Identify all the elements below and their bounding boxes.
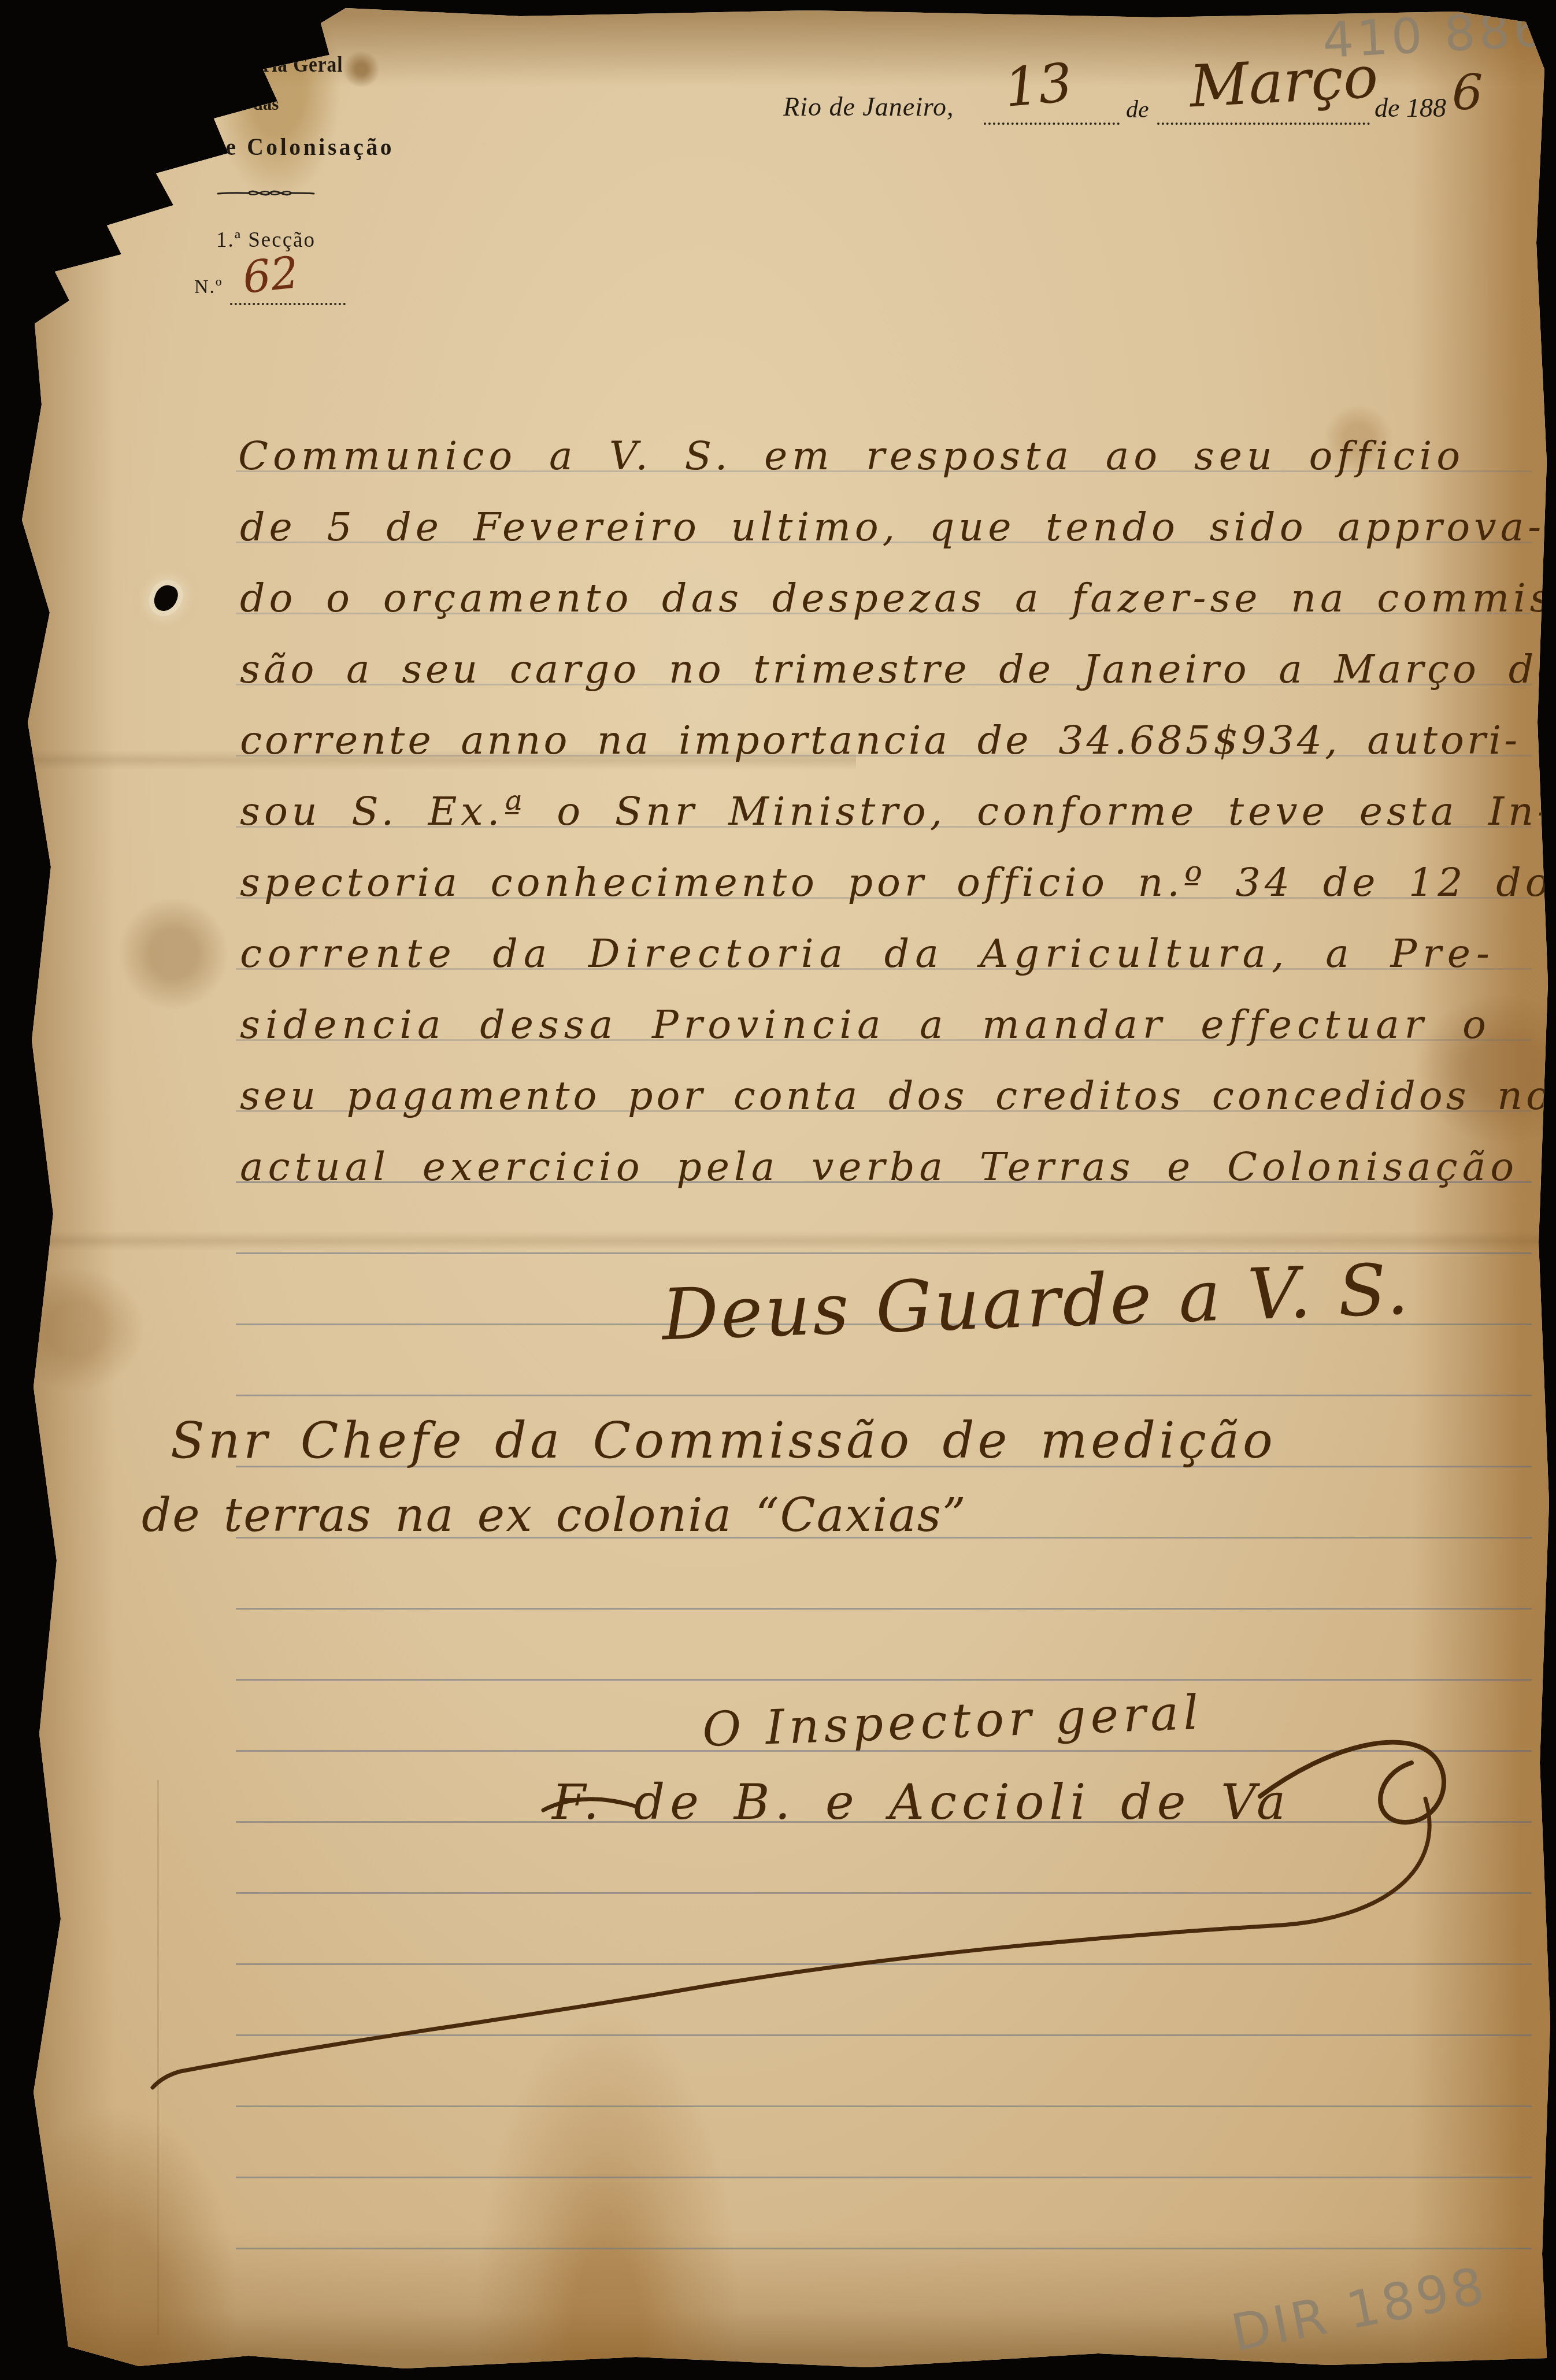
document-page: Inspectoria Geral das Terras e Colonisaç…: [0, 0, 1556, 2380]
manuscript-line: sou S. Ex.ª o Snr Ministro, conforme tev…: [240, 792, 1555, 832]
signature-flourish: [145, 1676, 1503, 2115]
dateline-year-digit-handwritten: 6: [1452, 68, 1483, 117]
dateline-particle: de: [1126, 96, 1149, 124]
dateline-day-handwritten: 13: [1002, 56, 1075, 115]
letterhead-number-label: N.º: [194, 276, 223, 298]
document-number-handwritten: 62: [240, 250, 301, 300]
manuscript-line: seu pagamento por conta dos creditos con…: [240, 1077, 1553, 1116]
archival-number-pencil: 410 886: [1321, 5, 1548, 65]
manuscript-line: corrente da Directoria da Agricultura, a…: [240, 935, 1495, 974]
manuscript-line: de 5 de Fevereiro ultimo, que tendo sido…: [240, 508, 1545, 547]
manuscript-line: corrente anno na importancia de 34.685$9…: [240, 721, 1520, 761]
letterhead-line-1: Inspectoria Geral: [139, 52, 393, 77]
addressee-line-2: de terras na ex colonia “Caxias”: [142, 1492, 967, 1539]
scan-background: Inspectoria Geral das Terras e Colonisaç…: [0, 0, 1556, 2380]
dateline-year-printed: de 188: [1375, 92, 1446, 123]
addressee-line-1: Snr Chefe da Commissão de medição: [171, 1416, 1276, 1466]
dateline-place: Rio de Janeiro,: [783, 91, 954, 122]
torn-hole: [151, 582, 180, 614]
dotted-rule: [230, 303, 346, 305]
dotted-rule: [1157, 123, 1370, 125]
letterhead-line-3: Terras e Colonisação: [133, 133, 399, 161]
manuscript-line: actual exercicio pela verba Terras e Col…: [240, 1148, 1518, 1187]
manuscript-line: são a seu cargo no trimestre de Janeiro …: [240, 650, 1556, 689]
manuscript-line: spectoria conhecimento por officio n.º 3…: [240, 863, 1553, 903]
torn-hole: [0, 617, 20, 636]
manuscript-line: do o orçamento das despezas a fazer-se n…: [240, 579, 1556, 618]
dotted-rule: [984, 123, 1120, 125]
archival-code-pencil: DIR 1898: [1228, 2260, 1491, 2359]
manuscript-line: sidencia dessa Provincia a mandar effect…: [240, 1006, 1491, 1045]
letterhead-line-2: das: [121, 94, 410, 114]
manuscript-line: Communico a V. S. em resposta ao seu off…: [238, 437, 1465, 476]
letterhead-divider-ornament: [217, 185, 315, 201]
horizontal-crease: [0, 1231, 1556, 1251]
